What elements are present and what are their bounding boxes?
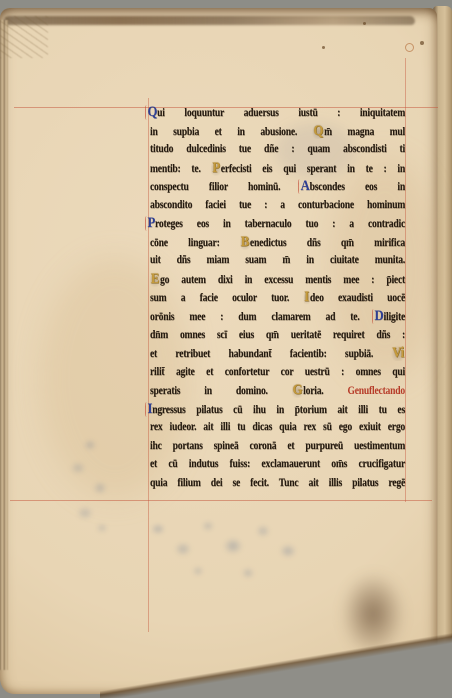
text-run: ihc portans spineā coronā et purpureū ue… bbox=[150, 440, 405, 452]
text-line-7: Proteges eos in tabernaculo tuo : a cont… bbox=[150, 214, 405, 233]
illuminated-initial: Q bbox=[313, 123, 324, 139]
text-line-9: uit dñs miam suam m̄ in ciuitate munita. bbox=[150, 251, 405, 270]
text-run: et cū indutus fuiss: exclamauerunt om̄s … bbox=[150, 458, 405, 470]
ink-speck bbox=[363, 22, 366, 25]
text-line-4: mentib: te. Perfecisti eis qui sperant i… bbox=[150, 159, 405, 178]
text-run: orōnis mee : dum clamarem ad te. bbox=[150, 311, 375, 323]
text-run: deo exaudisti uocē bbox=[310, 292, 405, 304]
ruling-line-bottom bbox=[10, 500, 432, 501]
text-line-8: cōne linguar: Benedictus dñs qm̄ mirific… bbox=[150, 233, 405, 252]
text-line-11: sum a facie oculor tuor. Ideo exaudisti … bbox=[150, 288, 405, 307]
text-run: speratis in domino. bbox=[150, 385, 292, 397]
illuminated-initial: P bbox=[147, 215, 155, 231]
text-line-12: orōnis mee : dum clamarem ad te. Diligit… bbox=[150, 307, 405, 326]
text-run: in supbia et in abusione. bbox=[150, 126, 313, 138]
text-run: go autem dixi in excessu mentis mee : p̄… bbox=[160, 274, 405, 286]
text-run: cōne linguar: bbox=[150, 237, 240, 249]
ruling-line-left bbox=[148, 98, 149, 632]
text-line-3: titudo dulcedinis tue dñe : quam abscond… bbox=[150, 140, 405, 159]
text-line-17: Ingressus pilatus cū ihu in p̄torium ait… bbox=[150, 400, 405, 419]
illuminated-initial: B bbox=[240, 234, 250, 250]
text-run: rex iudeor. ait illi tu dicas quia rex s… bbox=[150, 421, 405, 433]
background-bottom-right bbox=[100, 623, 452, 698]
verso-floral-showthrough bbox=[60, 433, 126, 541]
text-line-18: rex iudeor. ait illi tu dicas quia rex s… bbox=[150, 418, 405, 437]
ink-speck bbox=[322, 46, 325, 49]
illuminated-initial: P bbox=[212, 160, 221, 176]
ruling-line-right bbox=[405, 58, 406, 502]
ink-speck bbox=[420, 41, 424, 45]
verso-floral-showthrough bbox=[138, 511, 318, 589]
page-left-edge-layers bbox=[0, 20, 8, 670]
text-line-10: Ego autem dixi in excessu mentis mee : p… bbox=[150, 270, 405, 289]
text-run: uit dñs miam suam m̄ in ciuitate munita. bbox=[150, 254, 405, 266]
text-line-21: quia filium dei se fecit. Tunc ait illis… bbox=[150, 474, 405, 493]
page-top-edge-stain bbox=[4, 16, 415, 25]
rust-mark bbox=[405, 43, 414, 52]
illuminated-initial: D bbox=[375, 308, 384, 324]
text-line-1: Qui loquuntur aduersus iustū : iniquitat… bbox=[150, 103, 405, 122]
text-run: roteges eos in tabernaculo tuo : a contr… bbox=[155, 218, 405, 230]
text-line-19: ihc portans spineā coronā et purpureū ue… bbox=[150, 437, 405, 456]
text-run: titudo dulcedinis tue dñe : quam abscond… bbox=[150, 143, 405, 155]
illuminated-initial: Q bbox=[147, 104, 157, 120]
text-run: mentib: te. bbox=[150, 163, 212, 175]
illuminated-initial: I bbox=[147, 401, 152, 417]
manuscript-photo: Qui loquuntur aduersus iustū : iniquitat… bbox=[0, 0, 452, 698]
text-line-5: conspectu filior hominū. Abscondes eos i… bbox=[150, 177, 405, 196]
illuminated-initial: Vi bbox=[391, 345, 405, 361]
text-run: dn̄m omnes scī eius qm̄ ueritatē require… bbox=[150, 329, 405, 341]
rubric-text: Genuflectando bbox=[347, 385, 405, 397]
text-line-13: dn̄m omnes scī eius qm̄ ueritatē require… bbox=[150, 326, 405, 345]
text-run: ngressus pilatus cū ihu in p̄torium ait … bbox=[152, 404, 405, 416]
text-line-14: et retribuet habundant̄ facientib: supbi… bbox=[150, 344, 405, 363]
text-run: m̄ magna mul bbox=[324, 126, 405, 138]
page-corner-edges bbox=[0, 16, 48, 58]
text-line-20: et cū indutus fuiss: exclamauerunt om̄s … bbox=[150, 455, 405, 474]
text-run: erfecisti eis qui sperant in te : in bbox=[221, 163, 405, 175]
text-line-16: speratis in domino. Gloria. Genuflectand… bbox=[150, 381, 405, 400]
text-run: iligite bbox=[384, 311, 405, 323]
text-run: sum a facie oculor tuor. bbox=[150, 292, 303, 304]
text-run: conspectu filior hominū. bbox=[150, 181, 301, 193]
text-line-6: abscondito faciei tue : a conturbacione … bbox=[150, 196, 405, 215]
text-run: bscondes eos in bbox=[310, 181, 405, 193]
text-run: quia filium dei se fecit. Tunc ait illis… bbox=[150, 477, 405, 489]
text-line-15: rilit̄ agite et confortetur cor uestrū :… bbox=[150, 363, 405, 382]
text-run: ui loquuntur aduersus iustū : iniquitate… bbox=[157, 107, 405, 119]
text-run: enedictus dñs qm̄ mirifica bbox=[250, 237, 405, 249]
text-line-2: in supbia et in abusione. Qm̄ magna mul bbox=[150, 122, 405, 141]
illuminated-initial: A bbox=[301, 178, 310, 194]
text-run: rilit̄ agite et confortetur cor uestrū :… bbox=[150, 366, 405, 378]
text-run: abscondito faciei tue : a conturbacione … bbox=[150, 199, 405, 211]
text-run: et retribuet habundant̄ facientib: supbi… bbox=[150, 348, 391, 360]
text-run: loria. bbox=[303, 385, 347, 397]
text-block: Qui loquuntur aduersus iustū : iniquitat… bbox=[150, 103, 405, 492]
illuminated-initial: G bbox=[292, 382, 303, 398]
illuminated-initial: E bbox=[150, 271, 160, 287]
